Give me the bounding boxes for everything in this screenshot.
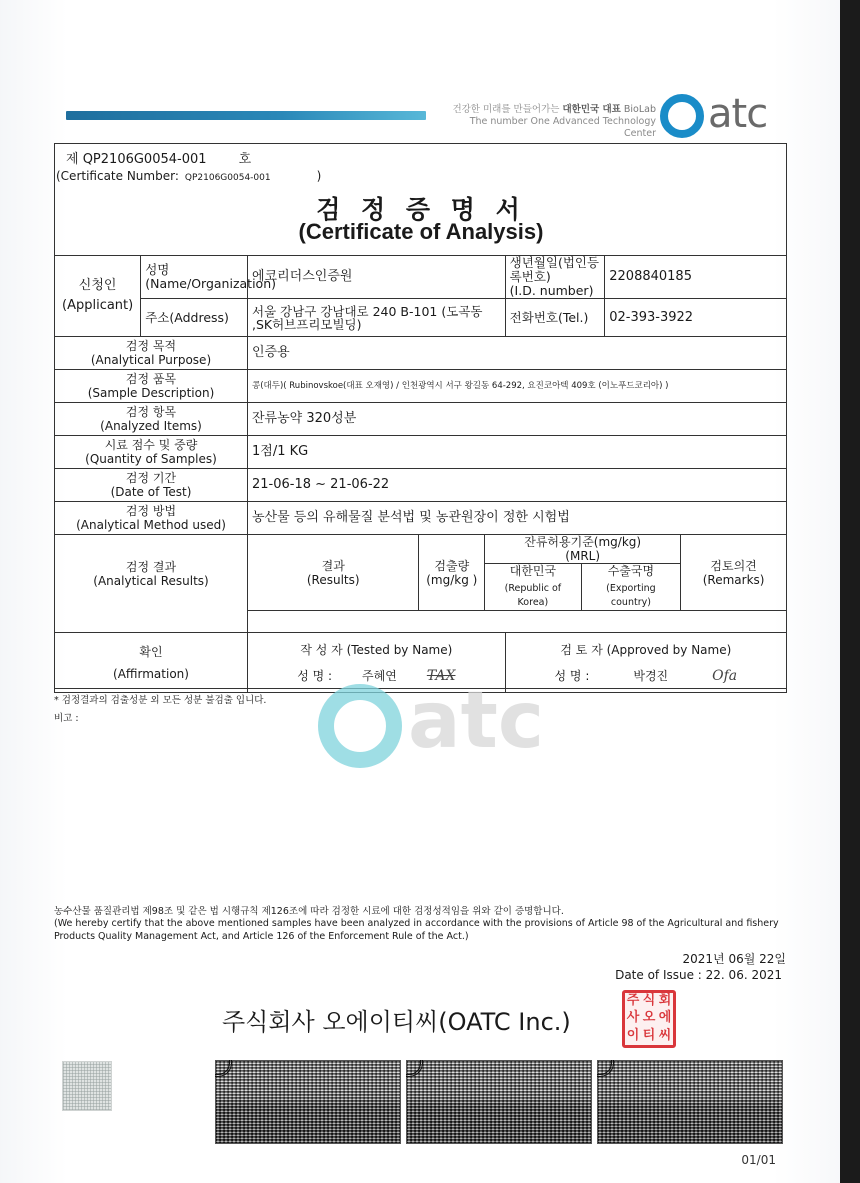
verification-stamp-icon	[62, 1061, 112, 1111]
id-label: 생년월일(법인등록번호) (I.D. number)	[505, 256, 605, 299]
cert-number-label-en: (Certificate Number:	[56, 169, 179, 183]
seal-char: 이	[625, 1028, 641, 1045]
export-col: 수출국명(Exporting country)	[581, 564, 681, 611]
approved-by-cell: 검 토 자 (Approved by Name) 성 명 : 박경진 Ofa	[505, 633, 786, 693]
sample-label: 검정 품목(Sample Description)	[55, 370, 248, 403]
security-code-1	[215, 1060, 401, 1144]
approved-by-name-line: 성 명 : 박경진 Ofa	[510, 669, 782, 683]
tagline-ko-bold: 대한민국 대표	[562, 104, 620, 115]
sample-label-en: (Sample Description)	[59, 386, 243, 400]
affirmation-label-en: (Affirmation)	[59, 667, 243, 681]
issue-date-ko: 2021년 06월 22일	[600, 950, 786, 967]
oatc-logo: atc	[660, 92, 767, 140]
export-col-ko: 수출국명	[586, 564, 677, 578]
korea-col: 대한민국(Republic of Korea)	[485, 564, 582, 611]
watermark-ring-icon	[318, 684, 402, 768]
results-label-ko: 검정 결과	[59, 560, 243, 574]
quantity-row: 시료 점수 및 중량(Quantity of Samples) 1점/1 KG	[55, 436, 787, 469]
watermark-text: atc	[408, 686, 544, 756]
date-of-test-label-ko: 검정 기간	[59, 471, 243, 485]
remarks-col-ko: 검토의견	[685, 559, 782, 573]
applicant-row-name: 신청인 (Applicant) 성명 (Name/Organization) 에…	[55, 256, 787, 299]
tagline-ko-prefix: 건강한 미래를 만들어가는	[452, 104, 559, 115]
date-of-test-label: 검정 기간(Date of Test)	[55, 469, 248, 502]
applicant-label-en: (Applicant)	[59, 299, 136, 313]
name-label-ko: 성명	[145, 263, 243, 277]
note-remarks: 비고 :	[54, 710, 79, 724]
purpose-label-ko: 검정 목적	[59, 339, 243, 353]
certificate-number: 제 QP2106G0054-001 호	[66, 148, 251, 167]
items-label-ko: 검정 항목	[59, 405, 243, 419]
results-label-en: (Analytical Results)	[59, 574, 243, 588]
results-header-row: 검정 결과 (Analytical Results) 결과(Results) 검…	[55, 535, 787, 564]
approved-name-value: 박경진	[633, 669, 668, 683]
header-tagline: 건강한 미래를 만들어가는 대한민국 대표 BioLab The number …	[436, 104, 656, 140]
seal-char: 사	[625, 1010, 641, 1027]
detected-col: 검출량(mg/kg )	[419, 535, 485, 611]
method-label-ko: 검정 방법	[59, 504, 243, 518]
results-label: 검정 결과 (Analytical Results)	[55, 535, 248, 633]
applicant-id-value: 2208840185	[605, 256, 787, 299]
method-label-en: (Analytical Method used)	[59, 518, 243, 532]
seal-char: 주	[625, 993, 641, 1010]
name-label-en: (Name/Organization)	[145, 277, 243, 291]
purpose-value: 인증용	[248, 337, 787, 370]
remarks-col-en: (Remarks)	[685, 573, 782, 587]
date-of-test-label-en: (Date of Test)	[59, 485, 243, 499]
logo-text: atc	[708, 94, 767, 134]
security-code-2	[406, 1060, 592, 1144]
date-of-test-row: 검정 기간(Date of Test) 21-06-18 ~ 21-06-22	[55, 469, 787, 502]
korea-col-ko: 대한민국	[489, 564, 577, 578]
items-row: 검정 항목(Analyzed Items) 잔류농약 320성분	[55, 403, 787, 436]
cert-number-close: )	[317, 169, 322, 183]
sample-row: 검정 품목(Sample Description) 콩(대두)( Rubinov…	[55, 370, 787, 403]
tested-name-value: 주혜연	[362, 669, 397, 683]
remarks-col: 검토의견(Remarks)	[681, 535, 787, 611]
declaration-en: (We hereby certify that the above mentio…	[54, 917, 794, 943]
date-of-test-value: 21-06-18 ~ 21-06-22	[248, 469, 787, 502]
cert-number-value: QP2106G0054-001	[83, 152, 207, 167]
oatc-watermark: atc	[318, 684, 544, 768]
export-col-en: (Exporting country)	[586, 582, 677, 610]
address-label: 주소(Address)	[141, 299, 248, 337]
results-col: 결과(Results)	[248, 535, 419, 611]
affirmation-label-ko: 확인	[59, 645, 243, 659]
seal-char: 오	[641, 1010, 657, 1027]
logo-ring-icon	[660, 94, 704, 138]
seal-char: 식	[641, 993, 657, 1010]
id-label-ko: 생년월일(법인등록번호)	[510, 256, 601, 284]
cert-number-prefix: 제	[66, 152, 79, 167]
approved-by-header: 검 토 자 (Approved by Name)	[510, 643, 782, 657]
company-seal: 주 식 회 사 오 에 이 티 씨	[622, 990, 676, 1048]
korea-col-en: (Republic of Korea)	[489, 582, 577, 610]
tested-name-label: 성 명 :	[297, 669, 332, 683]
address-line2: ,SK허브프리모빌딩)	[252, 318, 501, 331]
applicant-label: 신청인 (Applicant)	[55, 256, 141, 337]
seal-char: 에	[657, 1010, 673, 1027]
seal-char: 씨	[657, 1028, 673, 1045]
affirmation-label: 확인 (Affirmation)	[55, 633, 248, 693]
page-number: 01/01	[700, 1153, 776, 1167]
purpose-label: 검정 목적(Analytical Purpose)	[55, 337, 248, 370]
detected-col-ko: 검출량	[423, 559, 480, 573]
address-line1: 서울 강남구 강남대로 240 B-101 (도곡동	[252, 305, 501, 318]
purpose-label-en: (Analytical Purpose)	[59, 353, 243, 367]
mrl-col-ko: 잔류허용기준(mg/kg)	[489, 535, 676, 549]
sample-label-ko: 검정 품목	[59, 372, 243, 386]
sample-value: 콩(대두)( Rubinovskoe(대표 오재영) / 인천광역시 서구 왕길…	[248, 370, 787, 403]
tel-label: 전화번호(Tel.)	[505, 299, 605, 337]
results-col-en: (Results)	[252, 573, 414, 587]
note-undetected: * 검정결과의 검출성분 외 모든 성분 불검출 입니다.	[54, 692, 266, 706]
security-code-3	[597, 1060, 783, 1144]
approved-signature: Ofa	[712, 669, 737, 683]
declaration-ko: 농수산물 품질관리법 제98조 및 같은 법 시행규칙 제126조에 따라 검정…	[54, 903, 564, 917]
header-color-bar	[66, 111, 426, 120]
cert-number-en-value: QP2106G0054-001	[185, 173, 271, 183]
applicant-tel-value: 02-393-3922	[605, 299, 787, 337]
seal-char: 회	[657, 993, 673, 1010]
seal-char: 티	[641, 1028, 657, 1045]
name-label: 성명 (Name/Organization)	[141, 256, 248, 299]
address-value: 서울 강남구 강남대로 240 B-101 (도곡동 ,SK허브프리모빌딩)	[248, 299, 506, 337]
quantity-label-ko: 시료 점수 및 중량	[59, 438, 243, 452]
results-empty-cell	[248, 611, 787, 633]
method-value: 농산물 등의 유해물질 분석법 및 농관원장이 정한 시험법	[248, 502, 787, 535]
items-label: 검정 항목(Analyzed Items)	[55, 403, 248, 436]
tagline-ko-suffix: BioLab	[624, 104, 656, 115]
certificate-number-en: (Certificate Number:QP2106G0054-001)	[56, 169, 321, 183]
detected-col-en: (mg/kg )	[423, 573, 480, 587]
company-name: 주식회사 오에이티씨(OATC Inc.)	[222, 1002, 571, 1037]
quantity-label-en: (Quantity of Samples)	[59, 452, 243, 466]
items-value: 잔류농약 320성분	[248, 403, 787, 436]
tagline-en: The number One Advanced Technology Cente…	[436, 116, 656, 140]
applicant-name-value: 에코리더스인증원	[248, 256, 506, 299]
applicant-row-address: 주소(Address) 서울 강남구 강남대로 240 B-101 (도곡동 ,…	[55, 299, 787, 337]
mrl-col-en: (MRL)	[489, 549, 676, 563]
approved-name-label: 성 명 :	[555, 669, 590, 683]
method-label: 검정 방법(Analytical Method used)	[55, 502, 248, 535]
method-row: 검정 방법(Analytical Method used) 농산물 등의 유해물…	[55, 502, 787, 535]
id-label-en: (I.D. number)	[510, 284, 601, 298]
quantity-value: 1점/1 KG	[248, 436, 787, 469]
certificate-table: 신청인 (Applicant) 성명 (Name/Organization) 에…	[54, 255, 787, 693]
purpose-row: 검정 목적(Analytical Purpose) 인증용	[55, 337, 787, 370]
quantity-label: 시료 점수 및 중량(Quantity of Samples)	[55, 436, 248, 469]
page-title-en: (Certificate of Analysis)	[0, 219, 842, 245]
tested-by-header: 작 성 자 (Tested by Name)	[252, 643, 501, 657]
results-col-ko: 결과	[252, 559, 414, 573]
mrl-col: 잔류허용기준(mg/kg)(MRL)	[485, 535, 681, 564]
issue-date-en: Date of Issue : 22. 06. 2021	[560, 968, 782, 982]
applicant-label-ko: 신청인	[59, 279, 136, 293]
scan-edge-bar	[840, 0, 860, 1183]
items-label-en: (Analyzed Items)	[59, 419, 243, 433]
cert-number-suffix: 호	[239, 152, 252, 167]
